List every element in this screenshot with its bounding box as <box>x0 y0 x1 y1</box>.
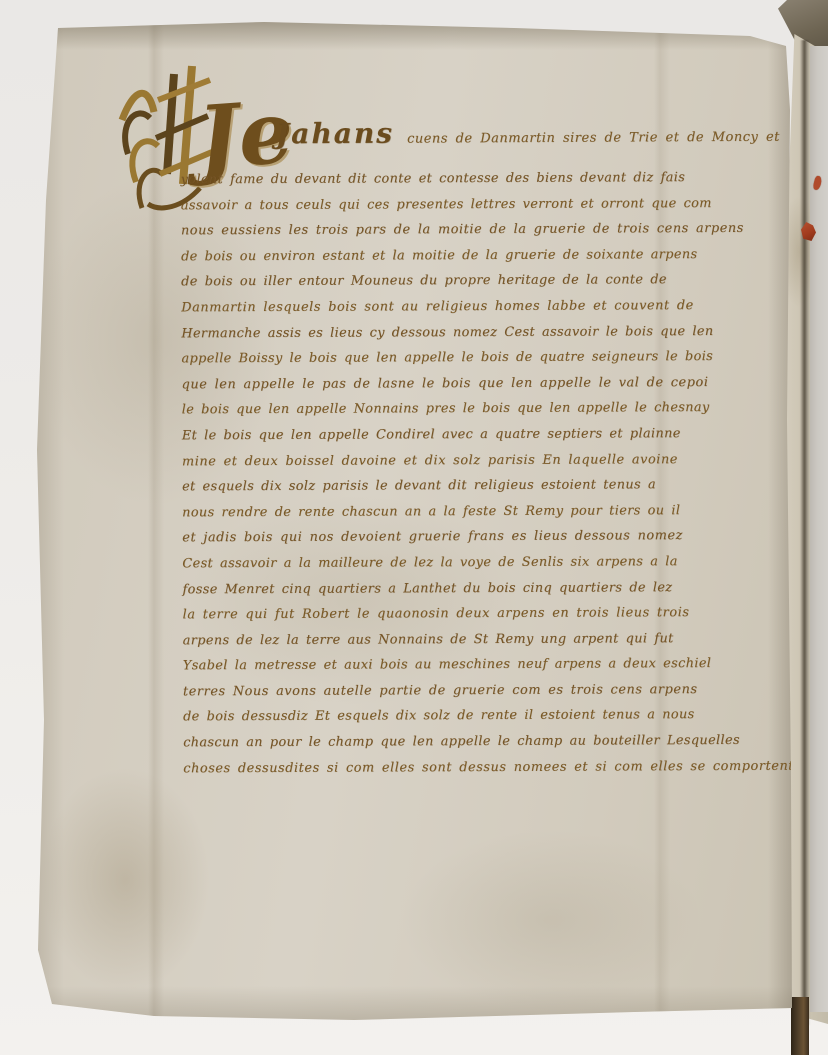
manuscript-text-line: Ysabel la metresse et auxi bois au mesch… <box>183 651 795 679</box>
manuscript-text-line: et jadis bois qui nos devoient gruerie f… <box>182 523 794 551</box>
manuscript-text-line: arpens de lez la terre aus Nonnains de S… <box>183 625 795 653</box>
opening-line: Jahans cuens de Danmartin sires de Trie … <box>276 115 780 151</box>
manuscript-text-line: mine et deux boissel davoine et dix solz… <box>182 446 794 474</box>
manuscript-text-block: yolent fame du devant dit conte et conte… <box>181 165 796 782</box>
manuscript-text-line: terres Nous avons autelle partie de grue… <box>183 677 795 705</box>
manuscript-text-line: appelle Boissy le bois que len appelle l… <box>181 344 793 372</box>
manuscript-text-line: Hermanche assis es lieus cy dessous nome… <box>181 318 793 346</box>
book-fore-edge <box>810 46 828 1012</box>
opening-line-text: cuens de Danmartin sires de Trie et de M… <box>407 130 780 147</box>
manuscript-text-line: nous eussiens les trois pars de la moiti… <box>181 216 793 244</box>
binding-strip <box>791 997 809 1055</box>
gutter-crease-shadow <box>800 40 810 1025</box>
manuscript-photo: Je Je Jahans cuens de Danmartin sires de… <box>0 0 828 1055</box>
manuscript-text-line: fosse Menret cinq quartiers a Lanthet du… <box>182 574 794 602</box>
manuscript-text-line: nous rendre de rente chascun an a la fes… <box>182 497 794 525</box>
manuscript-text-line: yolent fame du devant dit conte et conte… <box>181 165 793 193</box>
manuscript-text-line: que len appelle le pas de lasne le bois … <box>182 369 794 397</box>
opening-word: Jahans <box>276 117 394 151</box>
manuscript-text-line: assavoir a tous ceuls qui ces presentes … <box>181 190 793 218</box>
manuscript-text-line: de bois dessusdiz Et esquels dix solz de… <box>183 702 795 730</box>
manuscript-text-line: Et le bois que len appelle Condirel avec… <box>182 421 794 449</box>
manuscript-text-line: le bois que len appelle Nonnains pres le… <box>182 395 794 423</box>
manuscript-text-line: Cest assavoir a la mailleure de lez la v… <box>182 549 794 577</box>
manuscript-text-line: de bois ou iller entour Mouneus du propr… <box>181 267 793 295</box>
manuscript-text-line: de bois ou environ estant et la moitie d… <box>181 241 793 269</box>
parchment-page: Je Je Jahans cuens de Danmartin sires de… <box>34 20 794 1020</box>
manuscript-text-line: et esquels dix solz parisis le devant di… <box>182 472 794 500</box>
manuscript-text-line: la terre qui fut Robert le quaonosin deu… <box>183 600 795 628</box>
manuscript-text-line: Danmartin lesquels bois sont au religieu… <box>181 293 793 321</box>
manuscript-text-line: chascun an pour le champ que len appelle… <box>183 728 795 756</box>
manuscript-text-line: choses dessusdites si com elles sont des… <box>183 753 795 781</box>
